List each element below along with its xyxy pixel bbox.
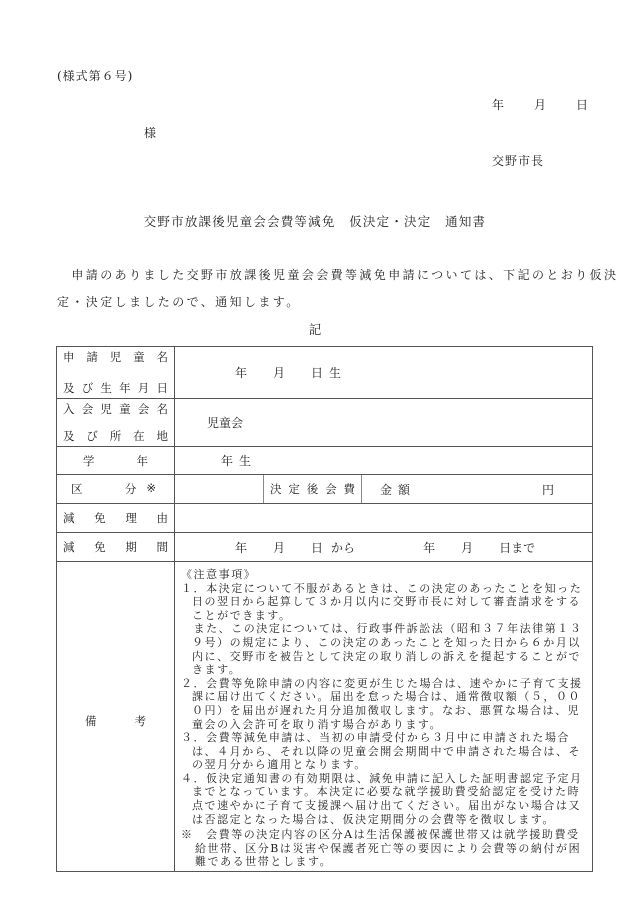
- note-item-4: ４．仮決定通知書の有効期限は、減免申請に記入した証明書認定予定月までとなっていま…: [181, 772, 586, 826]
- date-year: 年: [492, 96, 504, 113]
- label-period: 減免期間: [57, 533, 175, 562]
- document-title: 交野市放課後児童会会費等減免 仮決定・決定 通知書: [0, 212, 630, 230]
- birth-suffix: 生: [329, 366, 341, 380]
- body-line-1: 申請のありました交野市放課後児童会会費等減免申請については、下記のとおり仮決: [57, 266, 618, 283]
- amount-label: 金額: [380, 481, 416, 498]
- table-row-club: 入会児童会名 及び所在地 児童会: [57, 399, 593, 447]
- label-reason: 減免理由: [57, 504, 175, 533]
- label-remarks: 備考: [57, 562, 175, 872]
- reduction-reason-field[interactable]: [175, 504, 593, 533]
- birth-month: 月: [273, 366, 285, 380]
- remarks-cell: 《注意事項》 １．本決定について不服があるときは、この決定のあったことを知った日…: [175, 562, 593, 872]
- ki-heading: 記: [0, 320, 630, 338]
- grade-year: 年: [221, 454, 233, 468]
- reduction-period-field[interactable]: 年月日から年月日まで: [175, 533, 593, 562]
- grade-suffix: 生: [239, 454, 251, 468]
- decided-fee-label: 決定後会費: [264, 475, 362, 503]
- notice-table: 申請児童名 及び生年月日 年月日生 入会児童会名 及び所在地 児童会: [56, 346, 593, 872]
- form-number: (様式第６号): [57, 67, 133, 84]
- note-item-1: １．本決定について不服があるときは、この決定のあったことを知った日の翌日から起算…: [181, 582, 586, 623]
- table-row-grade: 学年 年生: [57, 447, 593, 475]
- table-row-classification: 区分※ 決定後会費 金額 円: [57, 475, 593, 504]
- table-row-remarks: 備考 《注意事項》 １．本決定について不服があるときは、この決定のあったことを知…: [57, 562, 593, 872]
- classification-cell: 決定後会費 金額 円: [175, 475, 593, 504]
- table-row-reason: 減免理由: [57, 504, 593, 533]
- note-item-2: ２．会費等免除申請の内容に変更が生じた場合は、速やかに子育て支援課に届け出てくだ…: [181, 677, 586, 731]
- table-row-applicant: 申請児童名 及び生年月日 年月日生: [57, 347, 593, 399]
- note-item-1b: また、この決定については、行政事件訴訟法（昭和３７年法律第１３９号）の規定により…: [181, 622, 586, 676]
- body-line-2: 定・決定しましたので、通知します。: [57, 293, 301, 310]
- table-row-period: 減免期間 年月日から年月日まで: [57, 533, 593, 562]
- issuer: 交野市長: [492, 152, 544, 169]
- notes-block: 《注意事項》 １．本決定について不服があるときは、この決定のあったことを知った日…: [175, 564, 592, 869]
- note-footnote: ※ 会費等の決定内容の区分Aは生活保護被保護世帯又は就学援助費受給世帯、区分Bは…: [181, 828, 586, 869]
- label-club: 入会児童会名 及び所在地: [57, 399, 175, 447]
- applicant-birthdate-field[interactable]: 年月日生: [175, 347, 593, 399]
- note-item-3: ３．会費等減免申請は、当初の申請受付から３月中に申請された場合は、４月から、それ…: [181, 731, 586, 772]
- notes-heading: 《注意事項》: [181, 568, 586, 582]
- label-classification: 区分※: [57, 475, 175, 504]
- club-name-field[interactable]: 児童会: [175, 399, 593, 447]
- classification-field[interactable]: [175, 475, 264, 503]
- date-day: 日: [576, 96, 588, 113]
- birth-day: 日: [311, 366, 323, 380]
- issue-date: 年月日: [492, 96, 588, 113]
- amount-unit: 円: [542, 481, 554, 498]
- birth-year: 年: [235, 366, 247, 380]
- amount-field[interactable]: 金額 円: [362, 475, 592, 503]
- label-applicant: 申請児童名 及び生年月日: [57, 347, 175, 399]
- addressee-suffix: 様: [144, 124, 156, 141]
- date-month: 月: [534, 96, 546, 113]
- grade-field[interactable]: 年生: [175, 447, 593, 475]
- club-suffix: 児童会: [207, 416, 243, 430]
- label-grade: 学年: [57, 447, 175, 475]
